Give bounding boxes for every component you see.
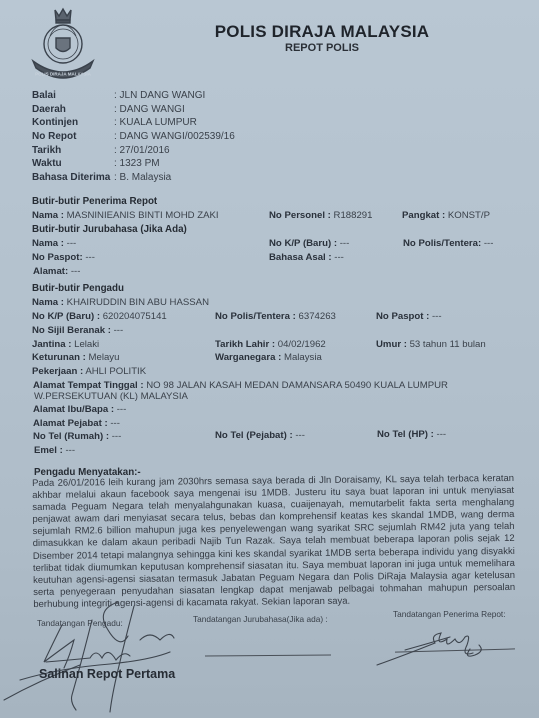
interpreter-police-no: No Polis/Tentera: --- — [403, 238, 493, 249]
report-info-row: Tarikh: 27/01/2016 — [32, 145, 170, 158]
receiver-personnel-no: No Personel : R188291 — [269, 210, 372, 221]
complainant-signature-icon — [0, 600, 200, 718]
field-label: Balai — [32, 90, 114, 101]
report-info-row: Kontinjen: KUALA LUMPUR — [32, 117, 197, 130]
report-info-row: Bahasa Diterima: B. Malaysia — [32, 172, 171, 185]
field-value: : 27/01/2016 — [114, 145, 170, 156]
complainant-email: Emel : --- — [34, 445, 75, 456]
field-value: : B. Malaysia — [114, 172, 171, 183]
complainant-passport: No Paspot : --- — [376, 311, 442, 322]
document-subtitle: REPOT POLIS — [0, 42, 539, 54]
field-label: Daerah — [32, 104, 114, 115]
complainant-parent-address: Alamat Ibu/Bapa : --- — [33, 404, 126, 415]
field-value: : DANG WANGI/002539/16 — [114, 131, 235, 142]
complainant-office-address: Alamat Pejabat : --- — [33, 418, 120, 429]
interpreter-signature-line — [205, 655, 331, 657]
report-info-row: No Repot: DANG WANGI/002539/16 — [32, 131, 235, 144]
field-label: Kontinjen — [32, 117, 114, 128]
interpreter-name: Nama : --- — [32, 238, 76, 249]
interpreter-section-title: Butir-butir Jurubahasa (Jika Ada) — [32, 224, 187, 235]
complainant-home-tel: No Tel (Rumah) : --- — [33, 431, 121, 442]
interpreter-language: Bahasa Asal : --- — [269, 252, 344, 263]
report-info-row: Daerah: DANG WANGI — [32, 104, 185, 117]
svg-text:POLIS DIRAJA MALAYSIA: POLIS DIRAJA MALAYSIA — [35, 72, 91, 77]
report-info-row: Waktu: 1323 PM — [32, 158, 160, 171]
complainant-gender: Jantina : Lelaki — [32, 339, 99, 350]
receiver-rank: Pangkat : KONST/P — [402, 210, 490, 221]
first-report-copy-label: Salinan Repot Pertama — [39, 667, 175, 681]
complainant-address-line2: W.PERSEKUTUAN (KL) MALAYSIA — [34, 391, 188, 402]
interpreter-signature-label: Tandatangan Jurubahasa(Jika ada) : — [193, 614, 328, 624]
complainant-address: Alamat Tempat Tinggal : NO 98 JALAN KASA… — [33, 380, 448, 391]
complainant-citizenship: Warganegara : Malaysia — [215, 352, 322, 363]
complainant-police-no: No Polis/Tentera : 6374263 — [215, 311, 336, 322]
complainant-race: Keturunan : Melayu — [32, 352, 119, 363]
interpreter-passport: No Paspot: --- — [32, 252, 95, 263]
complainant-section-title: Butir-butir Pengadu — [32, 283, 124, 294]
field-label: No Repot — [32, 131, 114, 142]
field-label: Tarikh — [32, 145, 114, 156]
complainant-age: Umur : 53 tahun 11 bulan — [376, 339, 486, 350]
complainant-office-tel: No Tel (Pejabat) : --- — [215, 430, 305, 441]
field-value: : DANG WANGI — [114, 104, 185, 115]
receiver-name: Nama : MASNINIEANIS BINTI MOHD ZAKI — [32, 210, 219, 221]
receiver-section-title: Butir-butir Penerima Repot — [32, 196, 157, 207]
receiver-signature-icon — [375, 625, 515, 670]
field-value: : JLN DANG WANGI — [114, 90, 205, 101]
interpreter-ic: No K/P (Baru) : --- — [269, 238, 349, 249]
field-label: Waktu — [32, 158, 114, 169]
field-value: : KUALA LUMPUR — [114, 117, 197, 128]
complainant-birth-cert: No Sijil Beranak : --- — [32, 325, 123, 336]
interpreter-address: Alamat: --- — [33, 266, 80, 277]
complainant-mobile: No Tel (HP) : --- — [377, 429, 446, 440]
field-label: Bahasa Diterima — [32, 172, 114, 183]
police-report-document: POLIS DIRAJA MALAYSIA POLIS DIRAJA MALAY… — [0, 0, 539, 718]
document-title: POLIS DIRAJA MALAYSIA — [0, 22, 539, 42]
field-value: : 1323 PM — [114, 158, 160, 169]
report-info-row: Balai: JLN DANG WANGI — [32, 90, 205, 103]
complainant-ic: No K/P (Baru) : 620204075141 — [32, 311, 167, 322]
complainant-dob: Tarikh Lahir : 04/02/1962 — [215, 339, 326, 350]
statement-text: Pada 26/01/2016 leih kurang jam 2030hrs … — [32, 473, 515, 611]
complainant-occupation: Pekerjaan : AHLI POLITIK — [32, 366, 146, 377]
receiver-signature-label: Tandatangan Penerima Repot: — [393, 609, 506, 619]
complainant-name: Nama : KHAIRUDDIN BIN ABU HASSAN — [32, 297, 209, 308]
